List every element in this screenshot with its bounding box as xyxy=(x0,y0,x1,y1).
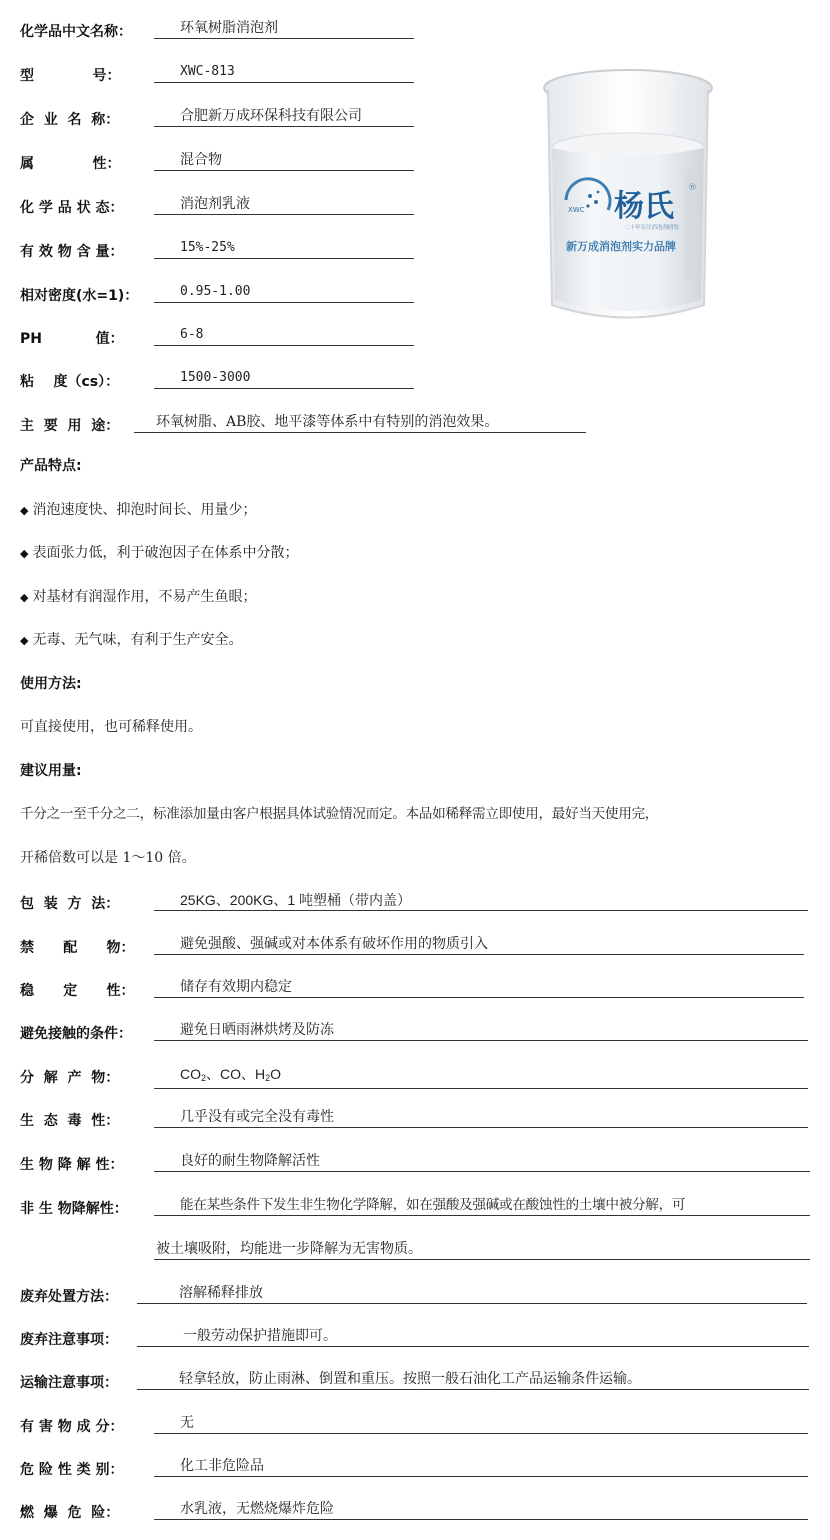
diamond-bullet-icon: ◆ xyxy=(20,591,28,604)
field-value: 混合物 xyxy=(154,150,414,171)
field-label: 非 生 物降解性： xyxy=(20,1199,128,1219)
spec-row-property: 属 性： xyxy=(20,150,121,174)
safety-row-decomposition: 分 解 产 物： xyxy=(20,1064,119,1088)
field-label: 企 业 名 称： xyxy=(20,110,119,130)
safety-row-incompatible: 禁 配 物： xyxy=(20,934,135,958)
field-value: 溶解稀释排放 xyxy=(137,1283,807,1304)
feature-item: ◆无毒、无气味，有利于生产安全。 xyxy=(20,630,242,651)
field-value: 水乳液，无燃烧爆炸危险 xyxy=(154,1499,808,1520)
field-value: 避免日晒雨淋烘烤及防冻 xyxy=(154,1020,808,1041)
safety-row-transport-notes: 运输注意事项： xyxy=(20,1369,118,1393)
field-label: 生 态 毒 性： xyxy=(20,1111,119,1131)
field-label: 危 险 性 类 别： xyxy=(20,1460,124,1480)
field-label: 稳 定 性： xyxy=(20,981,135,1001)
field-value: 环氧树脂、AB胶、地平漆等体系中有特别的消泡效果。 xyxy=(134,412,586,433)
field-label: 属 性： xyxy=(20,154,121,174)
field-value: 1500-3000 xyxy=(154,368,414,389)
formula-part: CO xyxy=(180,1066,201,1082)
field-value: 15%-25% xyxy=(154,238,414,259)
safety-row-packaging: 包 装 方 法： xyxy=(20,890,119,914)
field-label: 有 害 物 成 分： xyxy=(20,1417,124,1437)
field-label: 化学品中文名称： xyxy=(20,22,132,42)
field-value: 储存有效期内稳定 xyxy=(154,977,804,998)
beaker-icon: XWC 杨氏 ® 二十年专注消泡剂研发 新万成消泡剂实力品牌 xyxy=(538,60,718,335)
spec-row-ph: PH 值： xyxy=(20,325,124,349)
field-value: 化工非危险品 xyxy=(154,1456,808,1477)
safety-row-ecotoxicity: 生 态 毒 性： xyxy=(20,1107,119,1131)
field-label: 生 物 降 解 性： xyxy=(20,1155,124,1175)
svg-text:®: ® xyxy=(688,183,697,193)
usage-text: 可直接使用，也可稀释使用。 xyxy=(20,717,202,737)
spec-row-state: 化 学 品 状 态： xyxy=(20,194,124,218)
feature-item: ◆消泡速度快、抑泡时间长、用量少； xyxy=(20,500,256,521)
feature-text: 消泡速度快、抑泡时间长、用量少； xyxy=(32,502,256,518)
spec-row-main-use: 主 要 用 途： xyxy=(20,412,119,436)
safety-row-hazardous-components: 有 害 物 成 分： xyxy=(20,1413,124,1437)
svg-text:新万成消泡剂实力品牌: 新万成消泡剂实力品牌 xyxy=(566,239,676,253)
field-label: 主 要 用 途： xyxy=(20,416,119,436)
spec-row-model: 型 号： xyxy=(20,62,121,86)
field-value: 能在某些条件下发生非生物化学降解，如在强酸及强碱或在酸蚀性的土壤中被分解，可 xyxy=(154,1195,810,1216)
formula-part: O xyxy=(270,1066,281,1082)
spec-row-active-content: 有 效 物 含 量： xyxy=(20,238,124,262)
field-value: 几乎没有或完全没有毒性 xyxy=(154,1107,808,1128)
safety-row-abiotic-degradation: 非 生 物降解性： xyxy=(20,1195,128,1219)
safety-row-stability: 稳 定 性： xyxy=(20,977,135,1001)
field-value: 25KG、200KG、1 吨塑桶（带内盖） xyxy=(154,890,808,911)
safety-row-explosion-hazard: 燃 爆 危 险： xyxy=(20,1499,119,1523)
safety-row-hazard-class: 危 险 性 类 别： xyxy=(20,1456,124,1480)
field-value: 6-8 xyxy=(154,325,414,346)
field-label: 运输注意事项： xyxy=(20,1373,118,1393)
field-label: 废弃处置方法： xyxy=(20,1287,118,1307)
svg-text:二十年专注消泡剂研发: 二十年专注消泡剂研发 xyxy=(624,223,680,231)
safety-row-avoid-conditions: 避免接触的条件： xyxy=(20,1020,132,1044)
field-value: 避免强酸、强碱或对本体系有破坏作用的物质引入 xyxy=(154,934,804,955)
svg-text:杨氏: 杨氏 xyxy=(614,189,675,224)
spec-row-density: 相对密度(水=1)： xyxy=(20,282,138,306)
field-label: 避免接触的条件： xyxy=(20,1024,132,1044)
feature-item: ◆表面张力低，利于破泡因子在体系中分散； xyxy=(20,543,298,564)
dosage-text-line2: 开稀倍数可以是 1～10 倍。 xyxy=(20,848,196,868)
field-label: 粘 度（cs）： xyxy=(20,372,119,392)
field-label: 有 效 物 含 量： xyxy=(20,242,124,262)
field-value-continued: 被土壤吸附，均能进一步降解为无害物质。 xyxy=(154,1239,810,1260)
safety-row-disposal: 废弃处置方法： xyxy=(20,1283,118,1307)
safety-row-biodegradability: 生 物 降 解 性： xyxy=(20,1151,124,1175)
product-image: XWC 杨氏 ® 二十年专注消泡剂研发 新万成消泡剂实力品牌 xyxy=(538,60,718,335)
field-label: 废弃注意事项： xyxy=(20,1330,118,1350)
formula-part: 、CO、H xyxy=(206,1066,265,1082)
field-label: 化 学 品 状 态： xyxy=(20,198,124,218)
diamond-bullet-icon: ◆ xyxy=(20,634,28,647)
field-value: 良好的耐生物降解活性 xyxy=(154,1151,810,1172)
spec-row-chinese-name: 化学品中文名称： xyxy=(20,18,132,42)
field-label: PH 值： xyxy=(20,329,124,349)
svg-text:XWC: XWC xyxy=(568,206,585,214)
field-value: 消泡剂乳液 xyxy=(154,194,414,215)
dosage-heading: 建议用量: xyxy=(20,761,82,781)
field-label: 型 号： xyxy=(20,66,121,86)
diamond-bullet-icon: ◆ xyxy=(20,547,28,560)
feature-text: 对基材有润湿作用，不易产生鱼眼； xyxy=(32,589,256,605)
features-heading: 产品特点: xyxy=(20,456,82,476)
field-label: 燃 爆 危 险： xyxy=(20,1503,119,1523)
field-label: 相对密度(水=1)： xyxy=(20,286,138,306)
feature-text: 无毒、无气味，有利于生产安全。 xyxy=(32,632,242,648)
spec-row-viscosity: 粘 度（cs）： xyxy=(20,368,119,392)
field-value: 无 xyxy=(154,1413,808,1434)
feature-text: 表面张力低，利于破泡因子在体系中分散； xyxy=(32,545,298,561)
field-label: 分 解 产 物： xyxy=(20,1068,119,1088)
field-value: CO2、CO、H2O xyxy=(154,1064,808,1089)
field-label: 包 装 方 法： xyxy=(20,894,119,914)
field-value: 0.95-1.00 xyxy=(154,282,414,303)
diamond-bullet-icon: ◆ xyxy=(20,504,28,517)
field-label: 禁 配 物： xyxy=(20,938,135,958)
spec-row-company: 企 业 名 称： xyxy=(20,106,119,130)
field-value: 轻拿轻放，防止雨淋、倒置和重压。按照一般石油化工产品运输条件运输。 xyxy=(137,1369,809,1390)
dosage-text-line1: 千分之一至千分之二，标准添加量由客户根据具体试验情况而定。本品如稀释需立即使用，… xyxy=(20,804,658,824)
field-value: XWC-813 xyxy=(154,62,414,83)
safety-row-disposal-notes: 废弃注意事项： xyxy=(20,1326,118,1350)
field-value: 一般劳动保护措施即可。 xyxy=(137,1326,809,1347)
feature-item: ◆对基材有润湿作用，不易产生鱼眼； xyxy=(20,587,256,608)
field-value: 合肥新万成环保科技有限公司 xyxy=(154,106,414,127)
field-value: 环氧树脂消泡剂 xyxy=(154,18,414,39)
usage-heading: 使用方法: xyxy=(20,674,82,694)
